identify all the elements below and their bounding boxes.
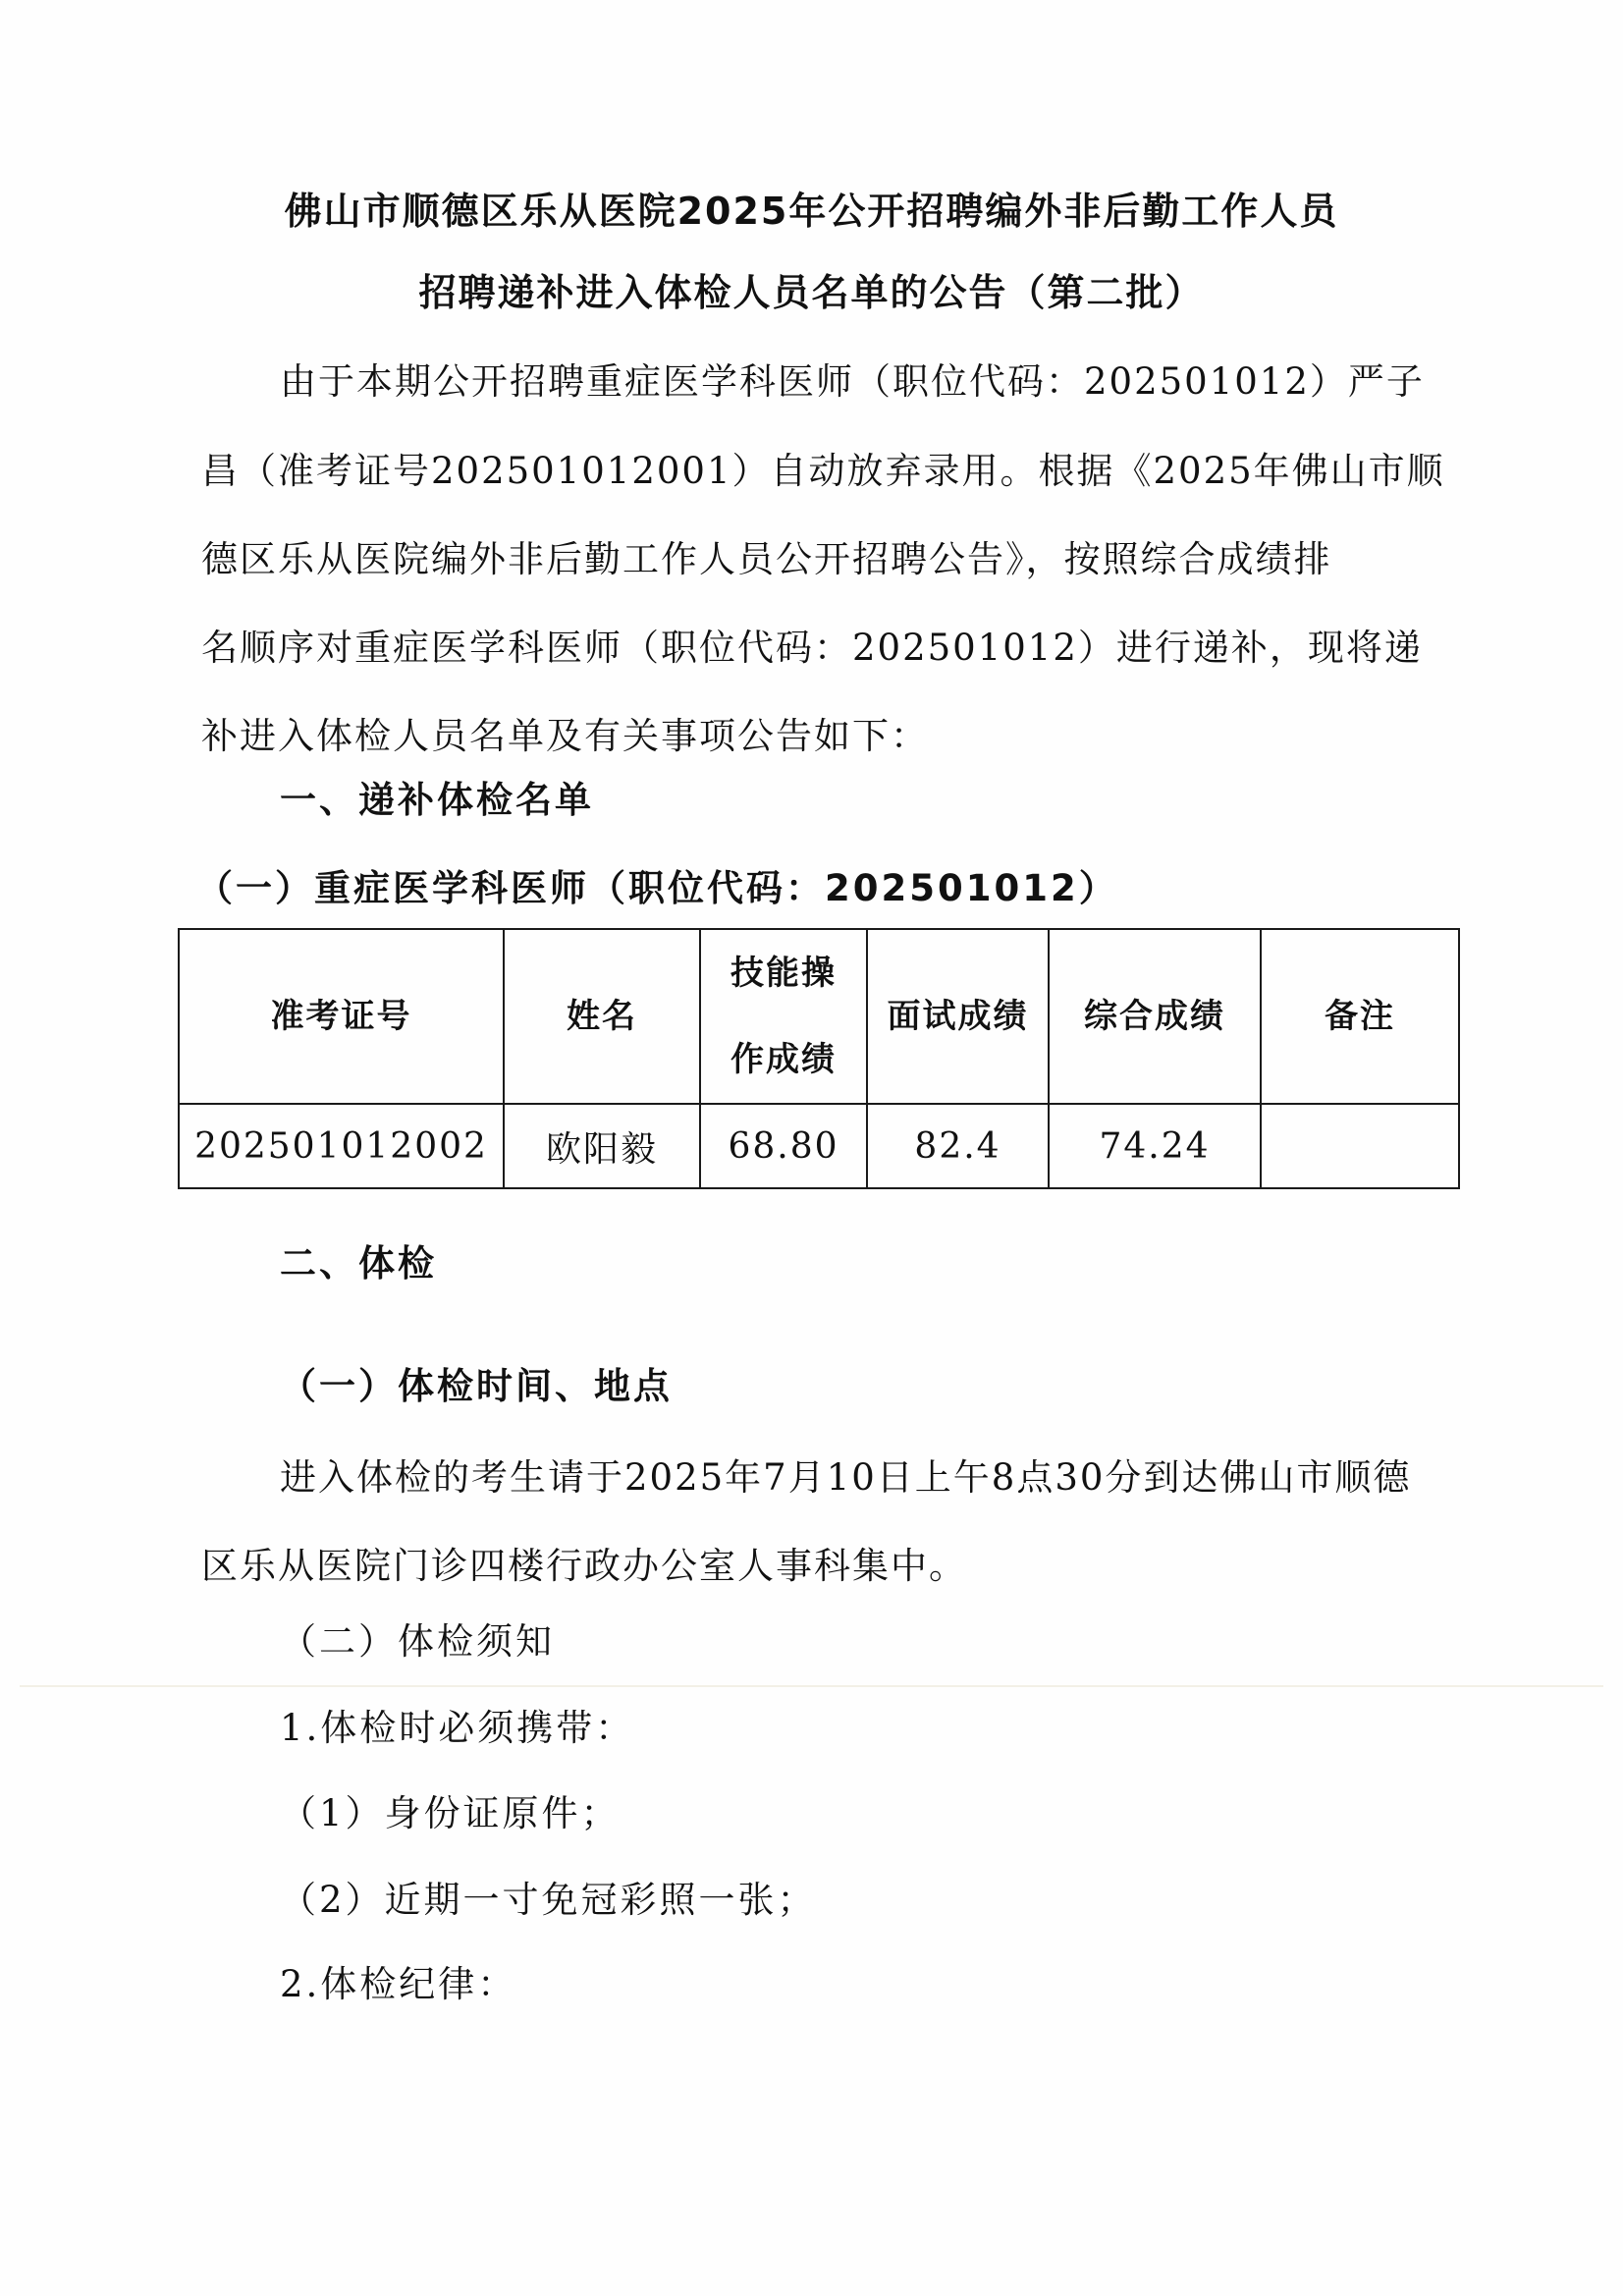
notice-item: 1.体检时必须携带： (280, 1704, 634, 1753)
table-header-row: 准考证号 姓名 技能操 作成绩 面试成绩 综合成绩 备注 (179, 929, 1459, 1104)
intro-line: 昌（准考证号202501012001）自动放弃录用。根据《2025年佛山市顺 (201, 447, 1445, 496)
cell-name: 欧阳毅 (504, 1104, 700, 1188)
intro-line: 名顺序对重症医学科医师（职位代码：202501012）进行递补，现将递 (201, 624, 1423, 673)
header-exam-id: 准考证号 (179, 929, 504, 1104)
notice-item: （1）身份证原件； (280, 1789, 621, 1838)
document-title-line-1: 佛山市顺德区乐从医院2025年公开招聘编外非后勤工作人员 (0, 187, 1623, 236)
intro-line: 由于本期公开招聘重症医学科医师（职位代码：202501012）严子 (280, 357, 1425, 407)
intro-line: 德区乐从医院编外非后勤工作人员公开招聘公告》，按照综合成绩排 (201, 535, 1332, 584)
notice-item: （2）近期一寸免冠彩照一张； (280, 1876, 817, 1925)
header-skill-score-line-2: 作成绩 (707, 1016, 860, 1103)
header-skill-score-line-1: 技能操 (707, 930, 860, 1016)
notice-item: 2.体检纪律： (280, 1960, 516, 2009)
cell-interview-score: 82.4 (867, 1104, 1049, 1188)
scan-artifact-line (20, 1685, 1603, 1687)
header-interview-score: 面试成绩 (867, 929, 1049, 1104)
header-name: 姓名 (504, 929, 700, 1104)
section-1-subheading: （一）重症医学科医师（职位代码：202501012） (196, 864, 1118, 913)
header-skill-score: 技能操 作成绩 (700, 929, 867, 1104)
section-2-sub-1-heading: （一）体检时间、地点 (280, 1362, 673, 1411)
header-total-score: 综合成绩 (1049, 929, 1261, 1104)
cell-remark (1261, 1104, 1459, 1188)
header-remark: 备注 (1261, 929, 1459, 1104)
document-title-line-2: 招聘递补进入体检人员名单的公告（第二批） (0, 268, 1623, 317)
section-2-sub-2-heading: （二）体检须知 (280, 1617, 555, 1667)
document-page: 佛山市顺德区乐从医院2025年公开招聘编外非后勤工作人员 招聘递补进入体检人员名… (0, 0, 1623, 2296)
exam-time-line: 区乐从医院门诊四楼行政办公室人事科集中。 (201, 1542, 967, 1591)
section-2-heading: 二、体检 (280, 1239, 437, 1288)
section-1-heading: 一、递补体检名单 (280, 776, 594, 825)
exam-time-line: 进入体检的考生请于2025年7月10日上午8点30分到达佛山市顺德 (280, 1453, 1411, 1503)
cell-skill-score: 68.80 (700, 1104, 867, 1188)
cell-total-score: 74.24 (1049, 1104, 1261, 1188)
table-row: 202501012002 欧阳毅 68.80 82.4 74.24 (179, 1104, 1459, 1188)
candidate-table: 准考证号 姓名 技能操 作成绩 面试成绩 综合成绩 备注 20250101200… (178, 928, 1460, 1189)
intro-line: 补进入体检人员名单及有关事项公告如下： (201, 712, 929, 761)
cell-exam-id: 202501012002 (179, 1104, 504, 1188)
